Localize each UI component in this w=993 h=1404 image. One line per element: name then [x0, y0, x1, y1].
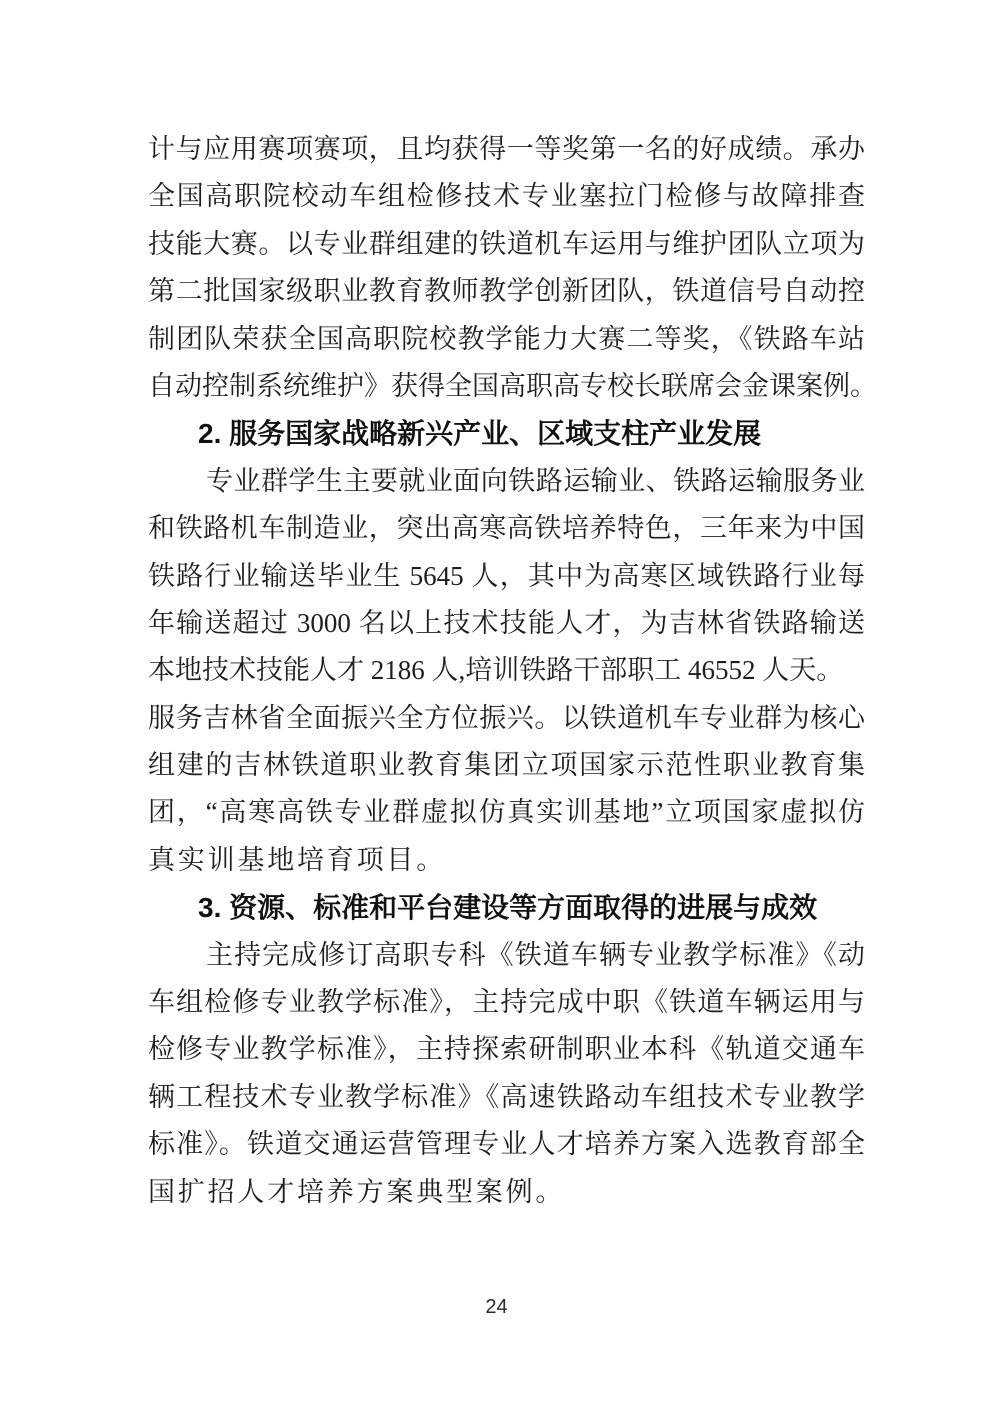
- body-line: 国扩招人才培养方案典型案例。: [148, 1169, 865, 1216]
- body-line: 全国高职院校动车组检修技术专业塞拉门检修与故障排查: [148, 173, 865, 220]
- body-line: 本地技术技能人才 2186 人,培训铁路干部职工 46552 人天。: [148, 647, 865, 694]
- body-line: 组建的吉林铁道职业教育集团立项国家示范性职业教育集: [148, 742, 865, 789]
- section-2-heading: 2. 服务国家战略新兴产业、区域支柱产业发展: [148, 410, 865, 457]
- body-line: 专业群学生主要就业面向铁路运输业、铁路运输服务业: [148, 458, 865, 505]
- body-line: 技能大赛。以专业群组建的铁道机车运用与维护团队立项为: [148, 221, 865, 268]
- body-line: 制团队荣获全国高职院校教学能力大赛二等奖，《铁路车站: [148, 316, 865, 363]
- body-line: 年输送超过 3000 名以上技术技能人才，为吉林省铁路输送: [148, 600, 865, 647]
- body-line: 检修专业教学标准》，主持探索研制职业本科《轨道交通车: [148, 1026, 865, 1073]
- body-line: 车组检修专业教学标准》，主持完成中职《铁道车辆运用与: [148, 979, 865, 1026]
- document-page: 计与应用赛项赛项，且均获得一等奖第一名的好成绩。承办 全国高职院校动车组检修技术…: [0, 0, 993, 1404]
- body-line: 服务吉林省全面振兴全方位振兴。以铁道机车专业群为核心: [148, 695, 865, 742]
- body-line: 主持完成修订高职专科《铁道车辆专业教学标准》《动: [148, 932, 865, 979]
- body-line: 铁路行业输送毕业生 5645 人，其中为高寒区域铁路行业每: [148, 553, 865, 600]
- body-line: 真实训基地培育项目。: [148, 837, 865, 884]
- section-3-heading: 3. 资源、标准和平台建设等方面取得的进展与成效: [148, 884, 865, 931]
- body-line: 计与应用赛项赛项，且均获得一等奖第一名的好成绩。承办: [148, 126, 865, 173]
- page-body-text: 计与应用赛项赛项，且均获得一等奖第一名的好成绩。承办 全国高职院校动车组检修技术…: [148, 126, 865, 1216]
- body-line: 标准》。铁道交通运营管理专业人才培养方案入选教育部全: [148, 1121, 865, 1168]
- body-line: 团，“高寒高铁专业群虚拟仿真实训基地”立项国家虚拟仿: [148, 789, 865, 836]
- body-line: 辆工程技术专业教学标准》《高速铁路动车组技术专业教学: [148, 1074, 865, 1121]
- body-line: 和铁路机车制造业，突出高寒高铁培养特色，三年来为中国: [148, 505, 865, 552]
- page-number: 24: [0, 1294, 993, 1320]
- body-line: 自动控制系统维护》获得全国高职高专校长联席会金课案例。: [148, 363, 865, 410]
- body-line: 第二批国家级职业教育教师教学创新团队，铁道信号自动控: [148, 268, 865, 315]
